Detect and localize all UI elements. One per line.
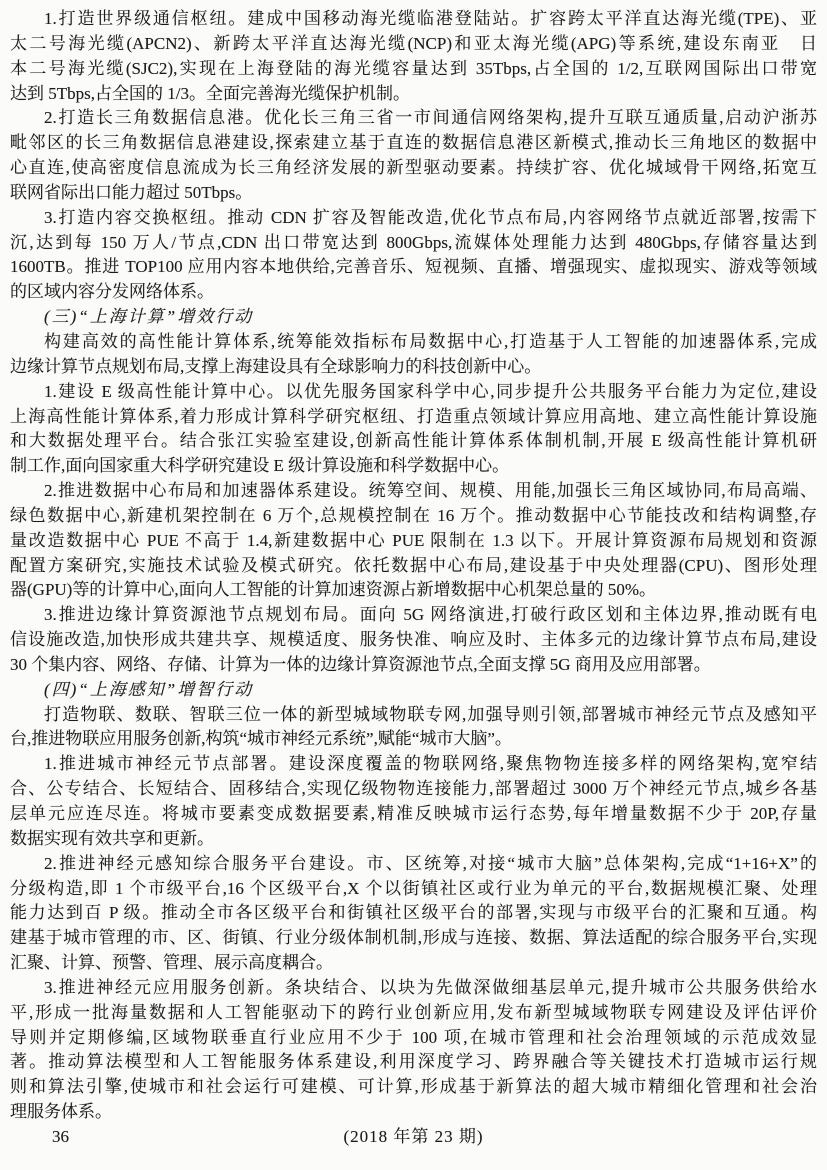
text-line: 30 个集内容、网络、存储、计算为一体的边缘计算资源池节点,全面支撑 5G 商用…	[10, 653, 817, 678]
text-line: 构建高效的高性能计算体系,统筹能效指标布局数据中心,打造基于人工智能的加速器体系…	[10, 330, 817, 355]
text-line: 和大数据处理平台。结合张江实验室建设,创新高性能计算体系体制机制,开展 E 级高…	[10, 429, 817, 454]
text-line: 建基于城市管理的市、区、街镇、行业分级体制机制,形成与连接、数据、算法适配的综合…	[10, 926, 817, 951]
issue-label: (2018 年第 23 期)	[10, 1125, 817, 1150]
text-line: 本二号海光缆(SJC2),实现在上海登陆的海光缆容量达到 35Tbps,占全国的…	[10, 57, 817, 82]
text-line: 能力达到百 P 级。推动全市各区级平台和街镇社区级平台的部署,实现与市级平台的汇…	[10, 901, 817, 926]
text-line: 沉,达到每 150 万人/节点,CDN 出口带宽达到 800Gbps,流媒体处理…	[10, 231, 817, 256]
text-line: 心直连,使高密度信息流成为长三角经济发展的新型驱动要素。持续扩容、优化城域骨干网…	[10, 156, 817, 181]
body-text: 1.打造世界级通信枢纽。建成中国移动海光缆临港登陆站。扩容跨太平洋直达海光缆(T…	[0, 0, 827, 1150]
section-heading: (四)“上海感知”增智行动	[10, 678, 817, 703]
text-line: 打造物联、数联、智联三位一体的新型城域物联专网,加强导则引领,部署城市神经元节点…	[10, 703, 817, 728]
text-line: 联网省际出口能力超过 50Tbps。	[10, 181, 817, 206]
text-line: 1600TB。推进 TOP100 应用内容本地供给,完善音乐、短视频、直播、增强…	[10, 255, 817, 280]
text-line: 绿色数据中心,新建机架控制在 6 万个,总规模控制在 16 万个。推动数据中心节…	[10, 504, 817, 529]
section-heading: (三)“上海计算”增效行动	[10, 305, 817, 330]
text-line: 汇聚、计算、预警、管理、展示高度耦合。	[10, 951, 817, 976]
text-line: 分级构造,即 1 个市级平台,16 个区级平台,X 个以街镇社区或行业为单元的平…	[10, 877, 817, 902]
text-line: 理服务体系。	[10, 1100, 817, 1125]
text-line: 达到 5Tbps,占全国的 1/3。全面完善海光缆保护机制。	[10, 82, 817, 107]
text-line: 信设施改造,加快形成共建共享、规模适度、服务快准、响应及时、主体多元的边缘计算节…	[10, 628, 817, 653]
text-line: 1.推进城市神经元节点部署。建设深度覆盖的物联网络,聚焦物物连接多样的网络架构,…	[10, 752, 817, 777]
document-page: 1.打造世界级通信枢纽。建成中国移动海光缆临港登陆站。扩容跨太平洋直达海光缆(T…	[0, 0, 827, 1170]
text-line: 导则并定期修编,区域物联垂直行业应用不少于 100 项,在城市管理和社会治理领域…	[10, 1026, 817, 1051]
text-line: 1.打造世界级通信枢纽。建成中国移动海光缆临港登陆站。扩容跨太平洋直达海光缆(T…	[10, 7, 817, 32]
text-line: 台,推进物联应用服务创新,构筑“城市神经元系统”,赋能“城市大脑”。	[10, 727, 817, 752]
text-line: 2.打造长三角数据信息港。优化长三角三省一市间通信网络架构,提升互联互通质量,启…	[10, 106, 817, 131]
text-line: 制工作,面向国家重大科学研究建设 E 级计算设施和科学数据中心。	[10, 454, 817, 479]
page-footer: 36 (2018 年第 23 期)	[10, 1125, 817, 1150]
text-line: 配置方案研究,实施技术试验及模式研究。依托数据中心布局,建设基于中央处理器(CP…	[10, 554, 817, 579]
text-line: 3.推进边缘计算资源池节点规划布局。面向 5G 网络演进,打破行政区划和主体边界…	[10, 603, 817, 628]
text-line: 太二号海光缆(APCN2)、新跨太平洋直达海光缆(NCP)和亚太海光缆(APG)…	[10, 32, 817, 57]
text-line: 的区域内容分发网络体系。	[10, 280, 817, 305]
text-line: 3.打造内容交换枢纽。推动 CDN 扩容及智能改造,优化节点布局,内容网络节点就…	[10, 206, 817, 231]
text-line: 边缘计算节点规划布局,支撑上海建设具有全球影响力的科技创新中心。	[10, 355, 817, 380]
text-line: 量改造数据中心 PUE 不高于 1.4,新建数据中心 PUE 限制在 1.3 以…	[10, 529, 817, 554]
text-line: 3.推进神经元应用服务创新。条块结合、以块为先做深做细基层单元,提升城市公共服务…	[10, 976, 817, 1001]
text-line: 著。推动算法模型和人工智能服务体系建设,利用深度学习、跨界融合等关键技术打造城市…	[10, 1050, 817, 1075]
text-line: 器(GPU)等的计算中心,面向人工智能的计算加速资源占新增数据中心机架总量的 5…	[10, 578, 817, 603]
text-line: 合、公专结合、长短结合、固移结合,实现亿级物物连接能力,部署超过 3000 万个…	[10, 777, 817, 802]
text-line: 上海高性能计算体系,着力形成计算科学研究枢纽、打造重点领域计算应用高地、建立高性…	[10, 405, 817, 430]
text-line: 平,形成一批海量数据和人工智能驱动下的跨行业创新应用,发布新型城域物联专网建设及…	[10, 1001, 817, 1026]
text-lines-container: 1.打造世界级通信枢纽。建成中国移动海光缆临港登陆站。扩容跨太平洋直达海光缆(T…	[10, 7, 817, 1125]
text-line: 2.推进数据中心布局和加速器体系建设。统筹空间、规模、用能,加强长三角区域协同,…	[10, 479, 817, 504]
text-line: 2.推进神经元感知综合服务平台建设。市、区统筹,对接“城市大脑”总体架构,完成“…	[10, 852, 817, 877]
text-line: 数据实现有效共享和更新。	[10, 827, 817, 852]
text-line: 1.建设 E 级高性能计算中心。以优先服务国家科学中心,同步提升公共服务平台能力…	[10, 380, 817, 405]
text-line: 则和算法引擎,使城市和社会运行可建模、可计算,形成基于新算法的超大城市精细化管理…	[10, 1075, 817, 1100]
text-line: 毗邻区的长三角数据信息港建设,探索建立基于直连的数据信息港区新模式,推动长三角地…	[10, 131, 817, 156]
text-line: 层单元应连尽连。将城市要素变成数据要素,精准反映城市运行态势,每年增量数据不少于…	[10, 802, 817, 827]
